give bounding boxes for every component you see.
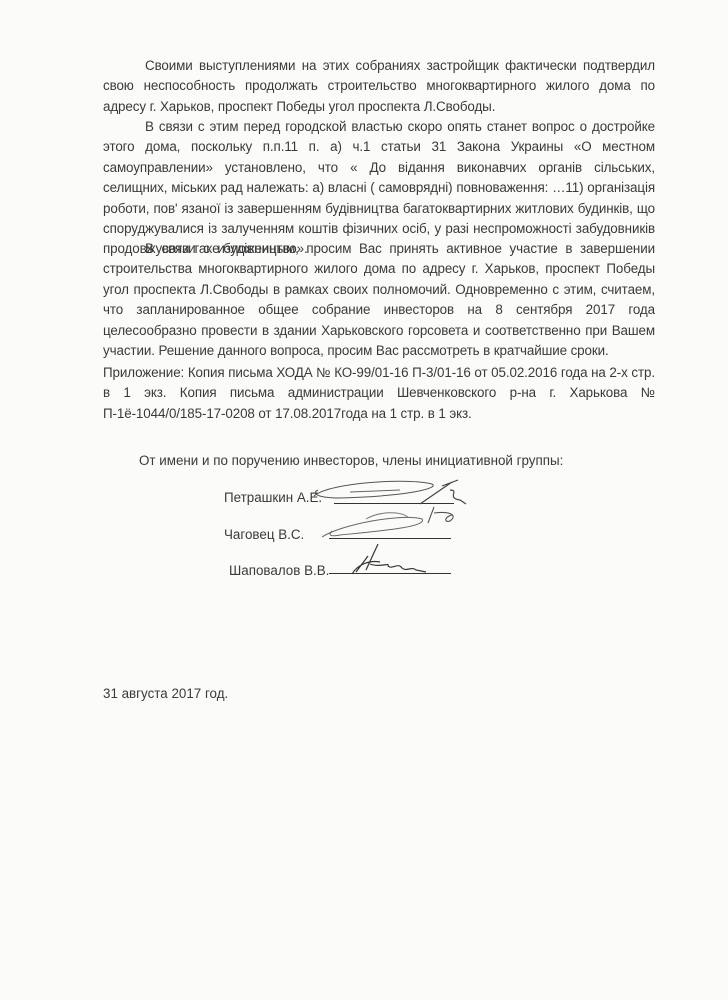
document-page: Своими выступлениями на этих собраниях з… bbox=[0, 0, 728, 1000]
closing-statement: От имени и по поручению инвесторов, член… bbox=[139, 453, 563, 468]
attachment-note: Приложение: Копия письма ХОДА № КО-99/01… bbox=[103, 363, 655, 424]
signature-scribble-3 bbox=[340, 538, 450, 578]
signatory-2: Чаговец В.С. bbox=[224, 527, 304, 542]
paragraph-1: Своими выступлениями на этих собраниях з… bbox=[103, 56, 655, 117]
document-date: 31 августа 2017 год. bbox=[103, 686, 228, 701]
signatory-name: Шаповалов В.В. bbox=[229, 563, 329, 578]
signatory-name: Чаговец В.С. bbox=[224, 527, 304, 542]
signature-scribble-1 bbox=[300, 478, 470, 508]
signatory-3: Шаповалов В.В. bbox=[229, 563, 329, 578]
paragraph-3: В связи с изложенным, просим Вас принять… bbox=[103, 239, 655, 361]
